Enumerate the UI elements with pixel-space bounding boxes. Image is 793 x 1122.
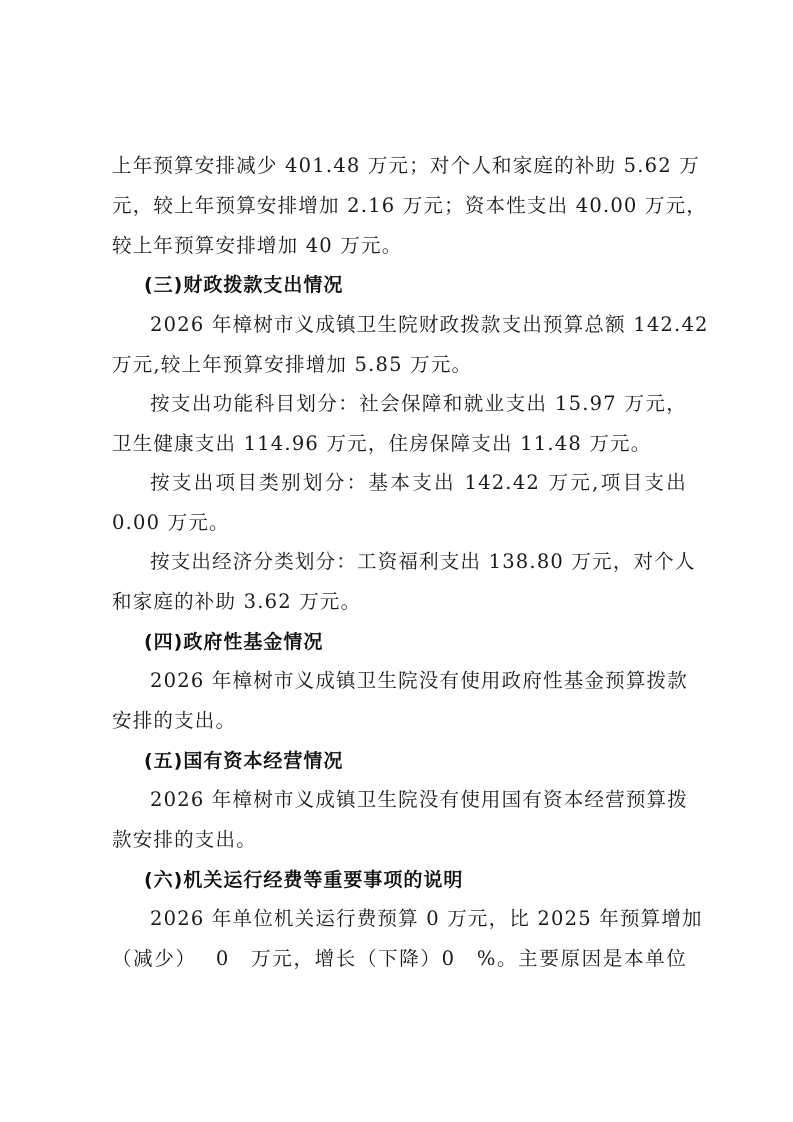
body-text-line: 2026 年樟树市义成镇卫生院没有使用国有资本经营预算拨 xyxy=(150,786,687,814)
section-heading-government-fund: (四)政府性基金情况 xyxy=(144,628,323,656)
body-text-line: 按支出项目类别划分：基本支出 142.42 万元,项目支出 xyxy=(150,469,687,497)
body-text-line: 按支出经济分类划分：工资福利支出 138.80 万元，对个人 xyxy=(150,548,687,576)
body-text-line: 和家庭的补助 3.62 万元。 xyxy=(112,588,687,616)
body-text-line: 上年预算安排减少 401.48 万元；对个人和家庭的补助 5.62 万 xyxy=(112,152,687,180)
body-text-line: 按支出功能科目划分：社会保障和就业支出 15.97 万元， xyxy=(150,390,687,418)
body-text-line: 安排的支出。 xyxy=(112,707,687,735)
section-heading-fiscal-appropriation-expenditure: (三)财政拨款支出情况 xyxy=(144,271,343,299)
body-text-line: 2026 年樟树市义成镇卫生院没有使用政府性基金预算拨款 xyxy=(150,667,687,695)
body-text-line: （减少） 0 万元，增长（下降）0 %。主要原因是本单位 xyxy=(112,945,687,973)
body-text-line: 2026 年樟树市义成镇卫生院财政拨款支出预算总额 142.42 xyxy=(150,311,687,339)
body-text-line: 2026 年单位机关运行费预算 0 万元，比 2025 年预算增加 xyxy=(150,905,687,933)
body-text-line: 卫生健康支出 114.96 万元，住房保障支出 11.48 万元。 xyxy=(112,430,687,458)
body-text-line: 较上年预算安排增加 40 万元。 xyxy=(112,232,687,260)
section-heading-agency-operating-expenses: (六)机关运行经费等重要事项的说明 xyxy=(144,866,463,894)
body-text-line: 0.00 万元。 xyxy=(112,509,687,537)
document-page: 上年预算安排减少 401.48 万元；对个人和家庭的补助 5.62 万 元，较上… xyxy=(0,0,793,1122)
body-text-line: 元，较上年预算安排增加 2.16 万元；资本性支出 40.00 万元， xyxy=(112,192,687,220)
body-text-line: 款安排的支出。 xyxy=(112,826,687,854)
body-text-line: 万元,较上年预算安排增加 5.85 万元。 xyxy=(112,351,687,379)
section-heading-state-capital-operation: (五)国有资本经营情况 xyxy=(144,747,343,775)
